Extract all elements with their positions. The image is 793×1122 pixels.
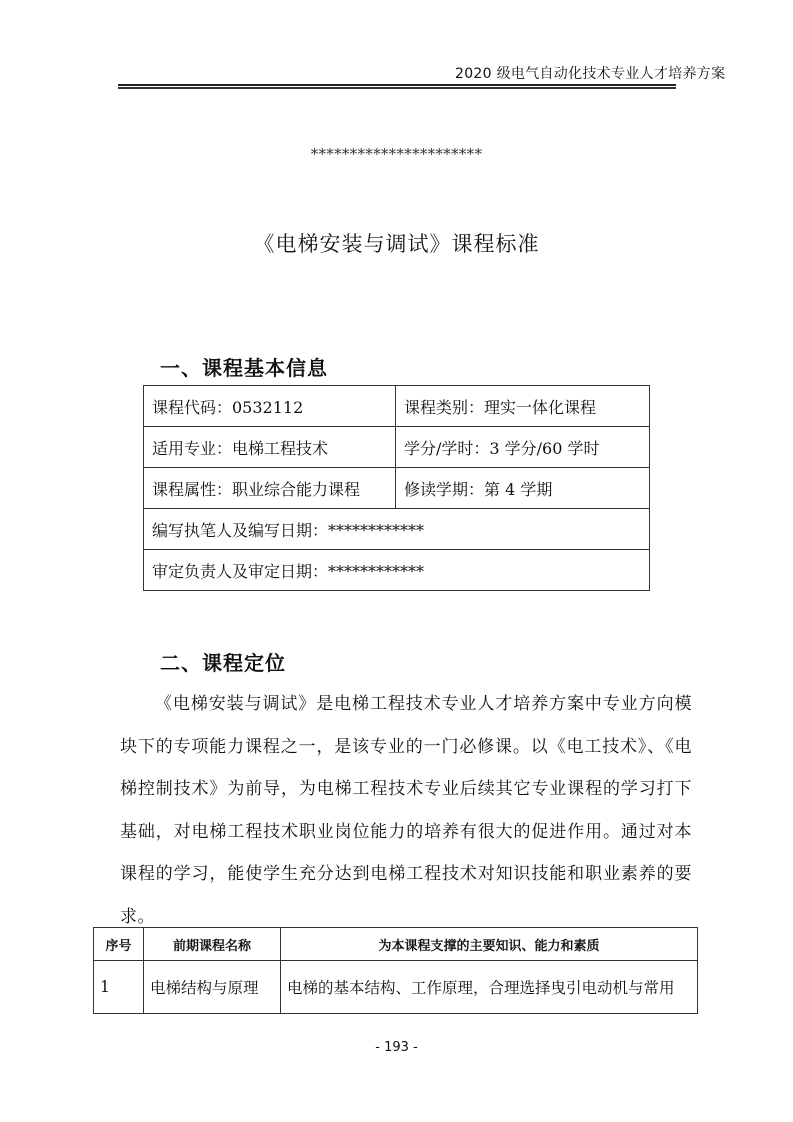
table-row: 课程属性：职业综合能力课程 修读学期：第 4 学期 [144, 468, 650, 509]
course-name-cell: 电梯结构与原理 [144, 961, 281, 1014]
prerequisite-courses-table: 序号 前期课程名称 为本课程支撑的主要知识、能力和素质 1 电梯结构与原理 电梯… [93, 927, 698, 1014]
document-title: 《电梯安装与调试》课程标准 [0, 228, 793, 258]
support-description-cell: 电梯的基本结构、工作原理，合理选择曳引电动机与常用 [281, 961, 698, 1014]
section-heading-positioning: 二、课程定位 [160, 647, 286, 676]
row-number-cell: 1 [94, 961, 144, 1014]
masked-institution-line: ********************** [0, 145, 793, 163]
credits-hours-cell: 学分/学时：3 学分/60 学时 [396, 427, 650, 468]
course-attribute-cell: 课程属性：职业综合能力课程 [144, 468, 396, 509]
table-row: 编写执笔人及编写日期：************ [144, 509, 650, 550]
table-row: 适用专业：电梯工程技术 学分/学时：3 学分/60 学时 [144, 427, 650, 468]
course-category-cell: 课程类别：理实一体化课程 [396, 386, 650, 427]
course-code-cell: 课程代码：0532112 [144, 386, 396, 427]
section-heading-basic-info: 一、课程基本信息 [160, 352, 328, 381]
table-header-row: 序号 前期课程名称 为本课程支撑的主要知识、能力和素质 [94, 928, 698, 961]
page-number: - 193 - [0, 1040, 793, 1055]
semester-cell: 修读学期：第 4 学期 [396, 468, 650, 509]
column-header-support: 为本课程支撑的主要知识、能力和素质 [281, 928, 698, 961]
author-date-cell: 编写执笔人及编写日期：************ [144, 509, 650, 550]
table-row: 1 电梯结构与原理 电梯的基本结构、工作原理，合理选择曳引电动机与常用 [94, 961, 698, 1014]
reviewer-date-cell: 审定负责人及审定日期：************ [144, 550, 650, 591]
table-row: 课程代码：0532112 课程类别：理实一体化课程 [144, 386, 650, 427]
column-header-number: 序号 [94, 928, 144, 961]
table-row: 审定负责人及审定日期：************ [144, 550, 650, 591]
header-double-rule [118, 84, 676, 89]
course-positioning-paragraph: 《电梯安装与调试》是电梯工程技术专业人才培养方案中专业方向模块下的专项能力课程之… [120, 683, 692, 938]
column-header-course-name: 前期课程名称 [144, 928, 281, 961]
applicable-major-cell: 适用专业：电梯工程技术 [144, 427, 396, 468]
course-info-table: 课程代码：0532112 课程类别：理实一体化课程 适用专业：电梯工程技术 学分… [143, 385, 650, 591]
running-header-title: 2020 级电气自动化技术专业人才培养方案 [455, 63, 725, 83]
